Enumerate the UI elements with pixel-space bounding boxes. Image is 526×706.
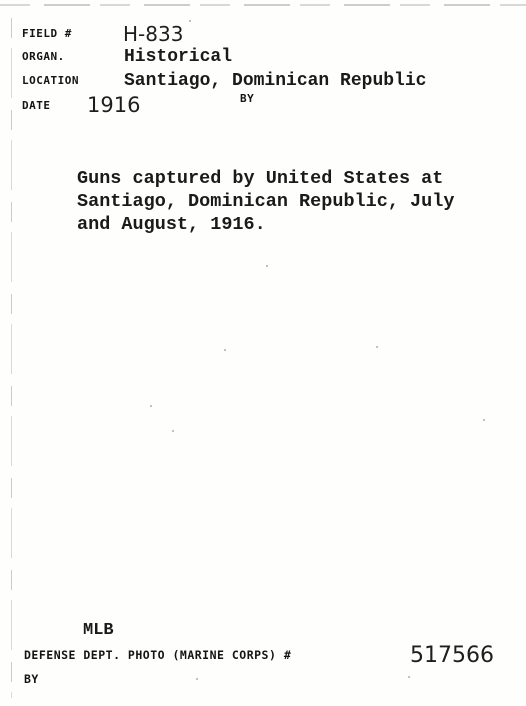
left-edge-rule bbox=[11, 18, 12, 698]
photo-credit-label: DEFENSE DEPT. PHOTO (MARINE CORPS) # bbox=[24, 648, 291, 662]
caption-line: Santiago, Dominican Republic, July bbox=[77, 190, 507, 213]
paper-speck bbox=[224, 349, 226, 351]
by-label-top: BY bbox=[240, 92, 254, 105]
caption-line: Guns captured by United States at bbox=[77, 167, 507, 190]
by-label-bottom: BY bbox=[24, 672, 39, 686]
top-edge-rule bbox=[0, 4, 526, 6]
paper-speck bbox=[376, 346, 378, 348]
photo-number: 517566 bbox=[410, 643, 494, 668]
paper-speck bbox=[408, 676, 410, 678]
catalog-card: FIELD # H-833 ORGAN. Historical LOCATION… bbox=[0, 0, 526, 706]
organization-label: ORGAN. bbox=[22, 50, 65, 63]
date-label: DATE bbox=[22, 99, 51, 112]
organization-value: Historical bbox=[124, 47, 232, 67]
date-value: 1916 bbox=[87, 93, 140, 117]
photo-caption: Guns captured by United States at Santia… bbox=[77, 167, 507, 236]
field-number-value: H-833 bbox=[123, 22, 183, 46]
paper-speck bbox=[483, 419, 485, 421]
paper-speck bbox=[196, 678, 198, 680]
location-label: LOCATION bbox=[22, 74, 79, 87]
field-number-label: FIELD # bbox=[22, 27, 72, 40]
initials: MLB bbox=[83, 621, 114, 640]
paper-speck bbox=[189, 20, 191, 22]
paper-speck bbox=[150, 405, 152, 407]
paper-speck bbox=[266, 265, 268, 267]
location-value: Santiago, Dominican Republic bbox=[124, 71, 426, 91]
caption-line: and August, 1916. bbox=[77, 213, 507, 236]
paper-speck bbox=[172, 430, 174, 432]
